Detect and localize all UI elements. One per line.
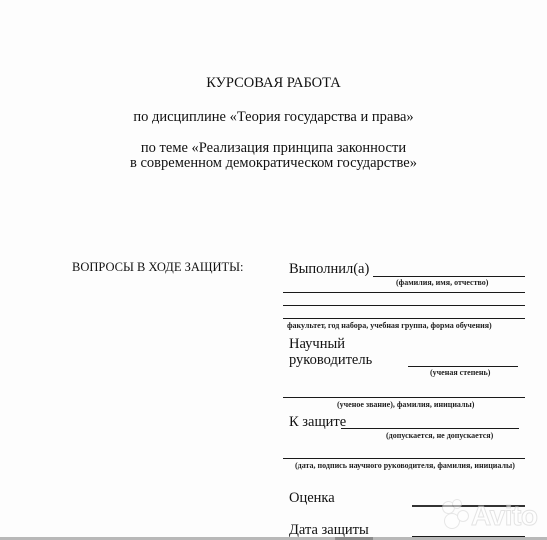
avito-watermark: Avito — [441, 498, 541, 536]
performed-by-name-line[interactable] — [373, 276, 525, 277]
performed-by-label: Выполнил(а) — [289, 261, 369, 278]
defense-signature-caption: (дата, подпись научного руководителя, фа… — [295, 461, 515, 470]
performed-by-name-caption: (фамилия, имя, отчество) — [396, 278, 488, 287]
grade-label: Оценка — [289, 490, 335, 507]
avito-watermark-text: Avito — [471, 500, 537, 532]
defense-signature-line[interactable] — [283, 458, 525, 459]
supervisor-label-line2: руководитель — [289, 352, 372, 369]
supervisor-title-caption: (ученое звание), фамилия, инициалы) — [337, 400, 474, 409]
performed-by-details-caption: факультет, год набора, учебная группа, ф… — [287, 321, 492, 330]
performed-by-line-2[interactable] — [283, 292, 525, 293]
defense-admission-caption: (допускается, не допускается) — [386, 431, 493, 440]
topic-line-2: в современном демократическом государств… — [0, 155, 547, 172]
supervisor-label-line1: Научный — [289, 336, 345, 353]
supervisor-title-line[interactable] — [283, 397, 525, 398]
supervisor-degree-line[interactable] — [408, 366, 518, 367]
questions-label: ВОПРОСЫ В ХОДЕ ЗАЩИТЫ: — [72, 260, 244, 275]
defense-admission-line[interactable] — [341, 428, 519, 429]
document-heading: КУРСОВАЯ РАБОТА — [0, 75, 547, 92]
discipline-line: по дисциплине «Теория государства и прав… — [0, 109, 547, 126]
defense-label: К защите — [289, 414, 346, 431]
performed-by-line-3[interactable] — [283, 305, 525, 306]
performed-by-line-4[interactable] — [283, 318, 525, 319]
supervisor-degree-caption: (ученая степень) — [430, 368, 490, 377]
